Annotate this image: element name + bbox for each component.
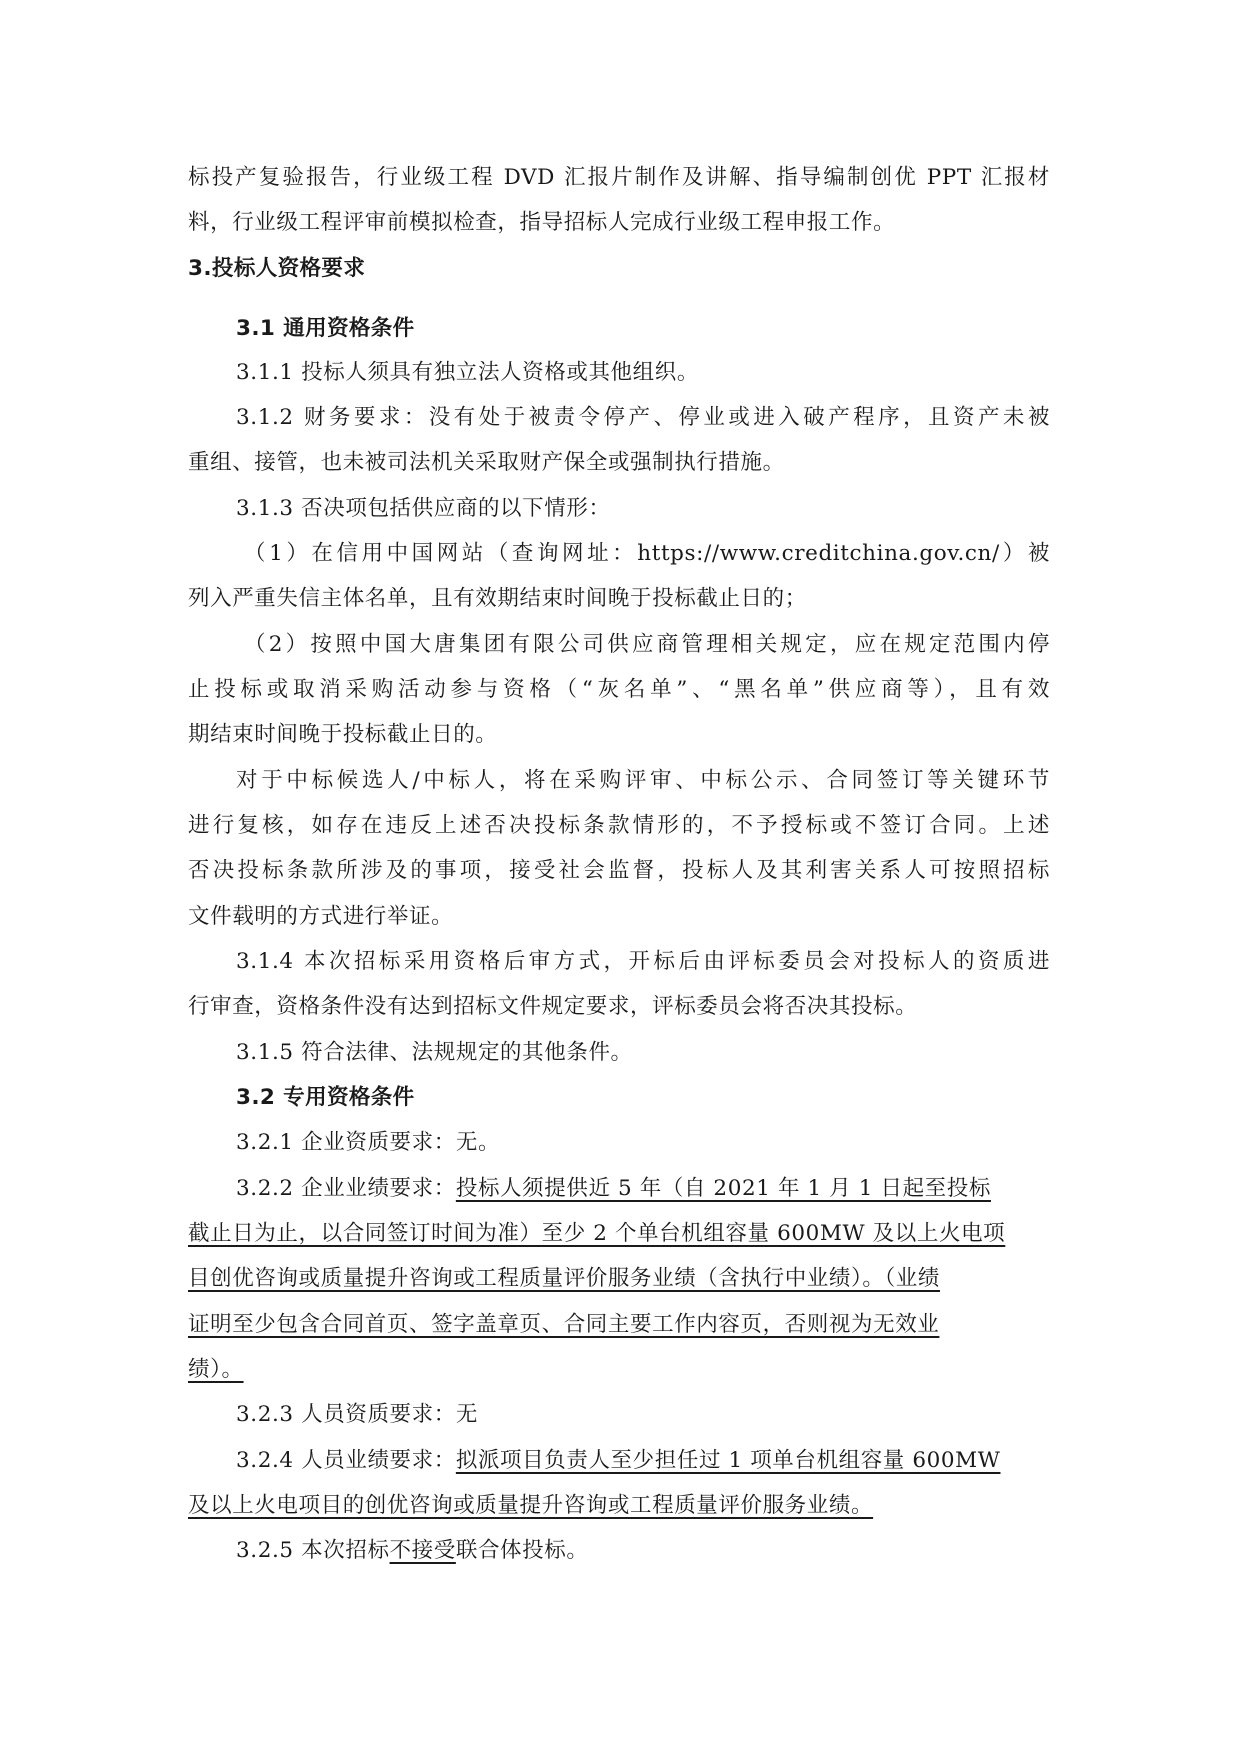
condition-1: （1）在信用中国网站（查询网址：https://www.creditchina.… xyxy=(244,539,1050,569)
clause-3-2-3: 3.2.3 人员资质要求：无 xyxy=(236,1400,1098,1430)
clause-3-1-3: 3.1.3 否决项包括供应商的以下情形： xyxy=(236,494,1098,524)
document-page: 标投产复验报告，行业级工程 DVD 汇报片制作及讲解、指导编制创优 PPT 汇报… xyxy=(0,0,1240,1753)
clause-3-1-1: 3.1.1 投标人须具有独立法人资格或其他组织。 xyxy=(236,358,1098,388)
condition-1-cont: 列入严重失信主体名单，且有效期结束时间晚于投标截止日的； xyxy=(188,584,1050,614)
clause-3-2-2: 3.2.2 企业业绩要求：投标人须提供近 5 年（自 2021 年 1 月 1 … xyxy=(236,1174,1050,1204)
underlined-requirement: 绩）。 xyxy=(188,1357,244,1382)
underlined-requirement: 证明至少包含合同首页、签字盖章页、合同主要工作内容页，否则视为无效业 xyxy=(188,1312,939,1337)
clause-label: 3.2.5 本次招标 xyxy=(236,1538,390,1563)
clause-3-1-4: 3.1.4 本次招标采用资格后审方式，开标后由评标委员会对投标人的资质进 xyxy=(236,947,1050,977)
underlined-term: 不接受 xyxy=(390,1538,456,1563)
underlined-requirement: 投标人须提供近 5 年（自 2021 年 1 月 1 日起至投标 xyxy=(456,1176,991,1201)
clause-3-2-2-cont: 截止日为止，以合同签订时间为准）至少 2 个单台机组容量 600MW 及以上火电… xyxy=(188,1219,1050,1249)
section-heading: 3.投标人资格要求 xyxy=(188,254,1050,284)
condition-2: （2）按照中国大唐集团有限公司供应商管理相关规定，应在规定范围内停 xyxy=(244,630,1050,660)
clause-label: 3.2.4 人员业绩要求： xyxy=(236,1448,456,1473)
paragraph-line: 料，行业级工程评审前模拟检查，指导招标人完成行业级工程申报工作。 xyxy=(188,208,1050,238)
clause-3-1-2-cont: 重组、接管，也未被司法机关采取财产保全或强制执行措施。 xyxy=(188,448,1050,478)
clause-3-2-2-cont: 证明至少包含合同首页、签字盖章页、合同主要工作内容页，否则视为无效业 xyxy=(188,1310,1050,1340)
condition-2-cont: 止投标或取消采购活动参与资格（“灰名单”、“黑名单”供应商等），且有效 xyxy=(188,675,1050,705)
subsection-heading: 3.1 通用资格条件 xyxy=(236,314,1098,344)
clause-3-2-4: 3.2.4 人员业绩要求：拟派项目负责人至少担任过 1 项单台机组容量 600M… xyxy=(236,1446,1050,1476)
clause-3-2-5: 3.2.5 本次招标不接受联合体投标。 xyxy=(236,1536,1098,1566)
review-paragraph-cont: 进行复核，如存在违反上述否决投标条款情形的，不予授标或不签订合同。上述 xyxy=(188,811,1050,841)
clause-3-1-5: 3.1.5 符合法律、法规规定的其他条件。 xyxy=(236,1038,1098,1068)
clause-3-2-1: 3.2.1 企业资质要求：无。 xyxy=(236,1128,1098,1158)
clause-3-1-4-cont: 行审查，资格条件没有达到招标文件规定要求，评标委员会将否决其投标。 xyxy=(188,992,1050,1022)
review-paragraph-cont: 文件载明的方式进行举证。 xyxy=(188,902,1050,932)
clause-text: 联合体投标。 xyxy=(456,1538,589,1563)
underlined-requirement: 目创优咨询或质量提升咨询或工程质量评价服务业绩（含执行中业绩）。（业绩 xyxy=(188,1266,940,1291)
underlined-requirement: 拟派项目负责人至少担任过 1 项单台机组容量 600MW xyxy=(456,1448,1001,1473)
condition-2-cont: 期结束时间晚于投标截止日的。 xyxy=(188,720,1050,750)
review-paragraph-cont: 否决投标条款所涉及的事项，接受社会监督，投标人及其利害关系人可按照招标 xyxy=(188,856,1050,886)
paragraph-line: 标投产复验报告，行业级工程 DVD 汇报片制作及讲解、指导编制创优 PPT 汇报… xyxy=(188,163,1050,193)
clause-3-2-2-cont: 绩）。 xyxy=(188,1355,1050,1385)
clause-3-2-4-cont: 及以上火电项目的创优咨询或质量提升咨询或工程质量评价服务业绩。 xyxy=(188,1491,1050,1521)
clause-3-1-2: 3.1.2 财务要求：没有处于被责令停产、停业或进入破产程序，且资产未被 xyxy=(236,403,1050,433)
underlined-requirement: 截止日为止，以合同签订时间为准）至少 2 个单台机组容量 600MW 及以上火电… xyxy=(188,1221,1005,1246)
subsection-heading: 3.2 专用资格条件 xyxy=(236,1083,1098,1113)
review-paragraph: 对于中标候选人/中标人，将在采购评审、中标公示、合同签订等关键环节 xyxy=(236,766,1050,796)
clause-3-2-2-cont: 目创优咨询或质量提升咨询或工程质量评价服务业绩（含执行中业绩）。（业绩 xyxy=(188,1264,1050,1294)
underlined-requirement: 及以上火电项目的创优咨询或质量提升咨询或工程质量评价服务业绩。 xyxy=(188,1493,873,1518)
clause-label: 3.2.2 企业业绩要求： xyxy=(236,1176,456,1201)
